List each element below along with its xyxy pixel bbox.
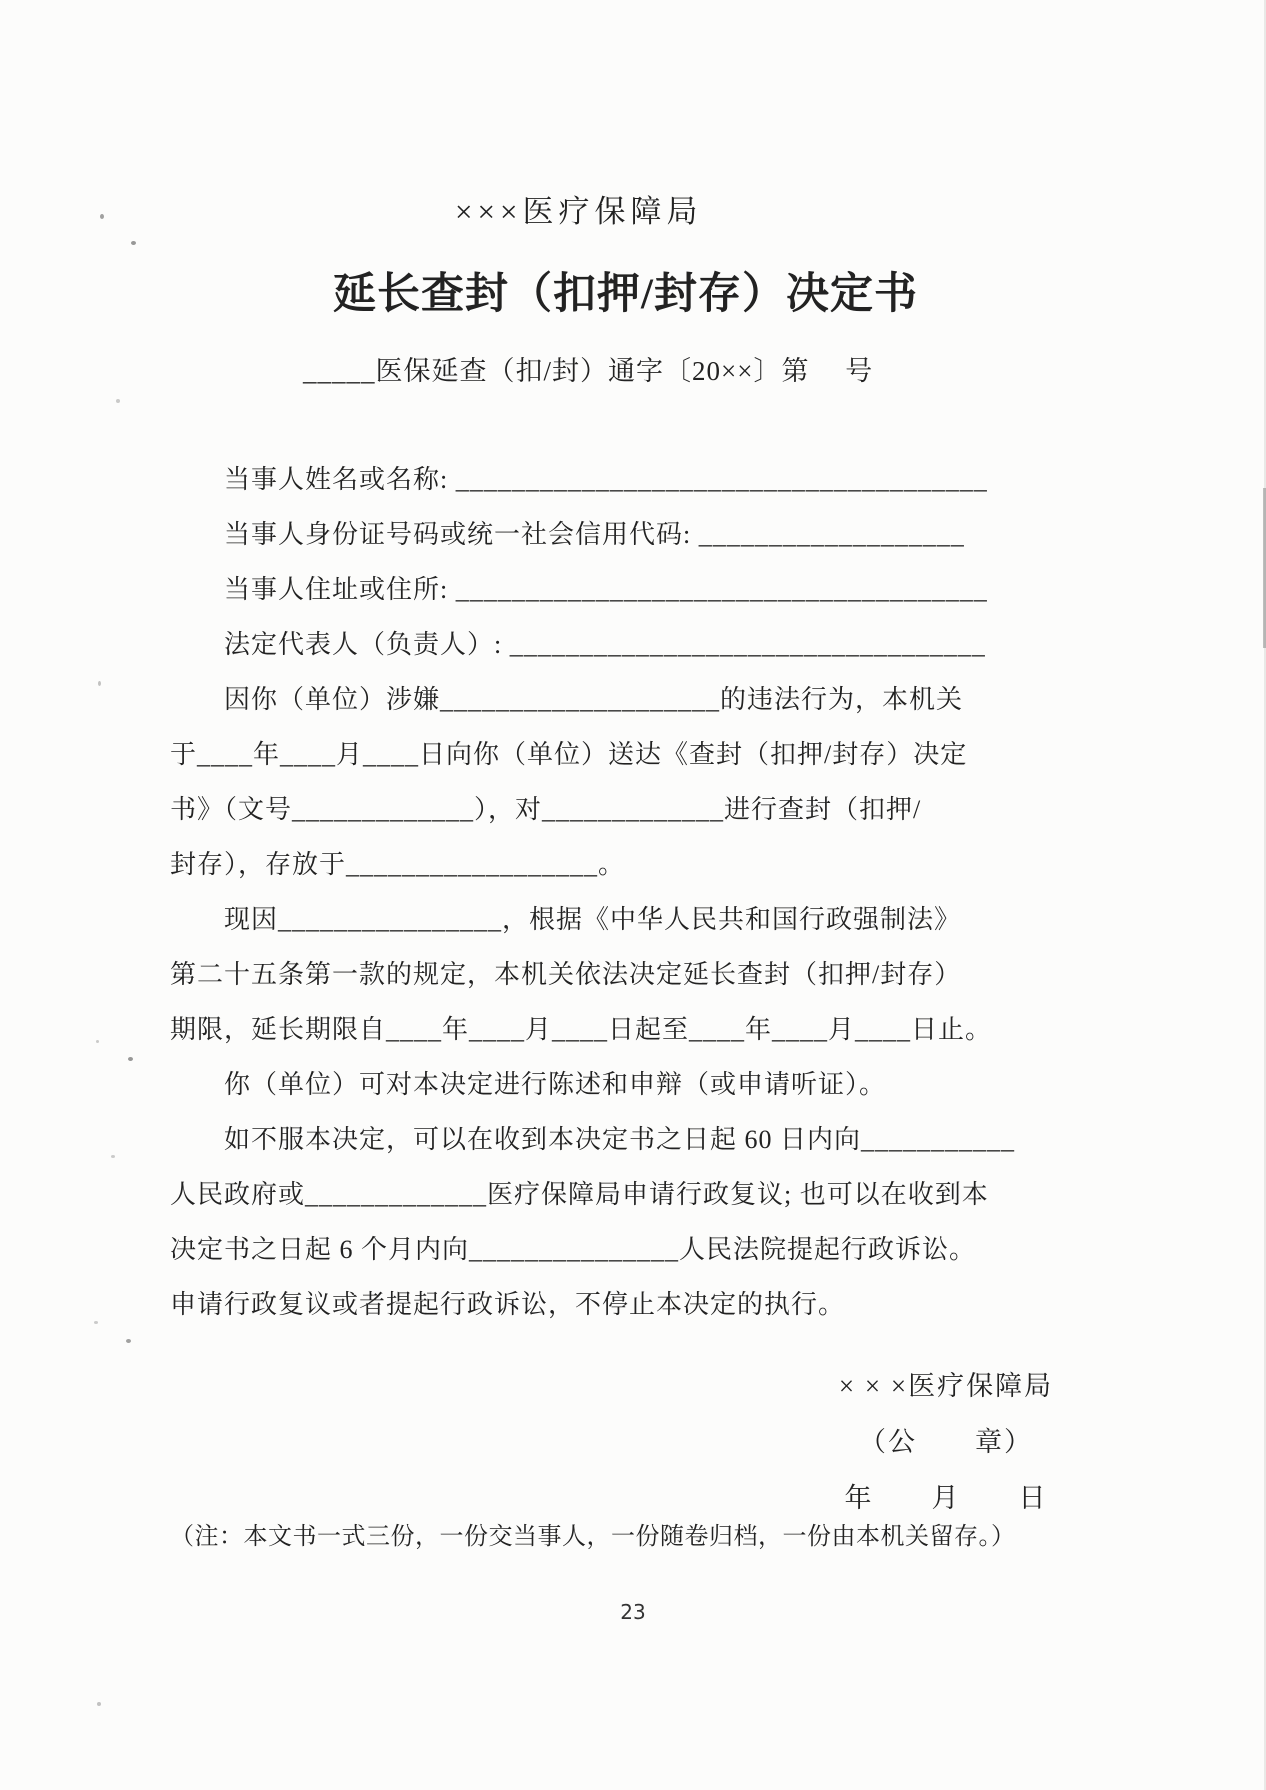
body-line-12: 你（单位）可对本决定进行陈述和申辩（或申请听证）。	[170, 1057, 970, 1112]
body-line-legal-representative: 法定代表人（负责人）: ____________________________…	[170, 617, 970, 672]
body-line-8: 封存），存放于__________________。	[170, 837, 970, 892]
document-body: 当事人姓名或名称: ______________________________…	[170, 452, 970, 1332]
scan-speck	[126, 1339, 131, 1343]
signature-seal-placeholder: （公 章）	[826, 1414, 1066, 1470]
scan-speck	[100, 214, 104, 219]
body-line-5: 因你（单位）涉嫌____________________的违法行为，本机关	[170, 672, 970, 727]
header-agency-name: ×××医疗保障局	[455, 186, 702, 231]
body-line-6: 于____年____月____日向你（单位）送达《查封（扣押/封存）决定	[170, 727, 970, 782]
body-line-14: 人民政府或_____________医疗保障局申请行政复议; 也可以在收到本	[170, 1167, 970, 1222]
body-line-7: 书》（文号_____________），对_____________进行查封（扣…	[170, 782, 970, 837]
scan-speck	[97, 1702, 101, 1706]
document-number-line: _____医保延查（扣/封）通字〔20××〕第 号	[303, 349, 873, 388]
body-line-11: 期限，延长期限自____年____月____日起至____年____月____日…	[170, 1002, 970, 1057]
scan-speck	[128, 1057, 133, 1061]
body-line-15: 决定书之日起 6 个月内向_______________人民法院提起行政诉讼。	[170, 1222, 970, 1277]
scan-speck	[116, 399, 120, 403]
signature-agency: × × ×医疗保障局	[826, 1358, 1066, 1414]
scan-speck	[98, 681, 101, 686]
footnote: （注：本文书一式三份，一份交当事人，一份随卷归档，一份由本机关留存。）	[170, 1516, 1016, 1551]
body-line-13: 如不服本决定，可以在收到本决定书之日起 60 日内向___________	[170, 1112, 970, 1167]
body-line-10: 第二十五条第一款的规定，本机关依法决定延长查封（扣押/封存）	[170, 947, 970, 1002]
scan-speck	[94, 1321, 98, 1324]
scanned-document-page: ×××医疗保障局 延长查封（扣押/封存）决定书 _____医保延查（扣/封）通字…	[0, 0, 1266, 1790]
document-title: 延长查封（扣押/封存）决定书	[333, 260, 918, 321]
signature-block: × × ×医疗保障局 （公 章） 年 月 日	[826, 1358, 1066, 1526]
page-number: 23	[0, 1600, 1266, 1624]
scan-speck	[111, 1155, 115, 1158]
scan-speck	[131, 241, 136, 245]
body-line-9: 现因________________，根据《中华人民共和国行政强制法》	[170, 892, 970, 947]
scan-speck	[96, 1040, 99, 1043]
body-line-party-id: 当事人身份证号码或统一社会信用代码: ___________________	[170, 507, 970, 562]
body-line-party-address: 当事人住址或住所: ______________________________…	[170, 562, 970, 617]
body-line-party-name: 当事人姓名或名称: ______________________________…	[170, 452, 970, 507]
body-line-16: 申请行政复议或者提起行政诉讼，不停止本决定的执行。	[170, 1277, 970, 1332]
